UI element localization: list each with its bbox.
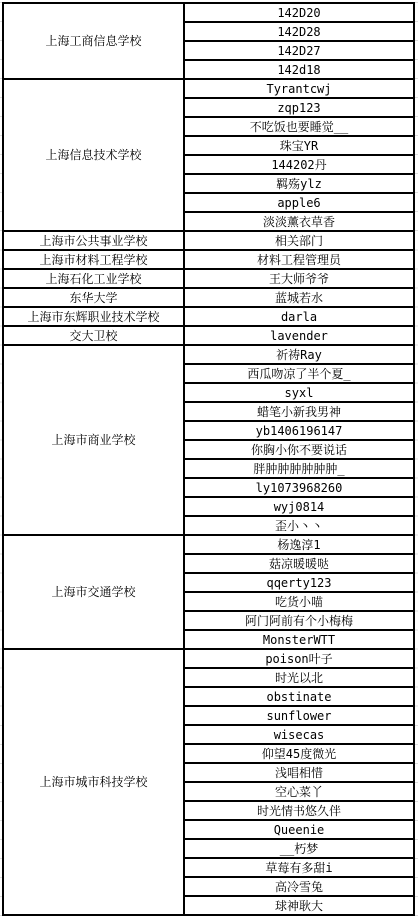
- account-cell[interactable]: Tyrantcwj: [184, 79, 414, 98]
- account-cell[interactable]: 菇凉暖暖哒: [184, 554, 414, 573]
- account-cell[interactable]: 浅唱相惜: [184, 763, 414, 782]
- account-cell[interactable]: 蓝城若水: [184, 288, 414, 307]
- school-cell[interactable]: 交大卫校: [3, 326, 184, 345]
- school-cell[interactable]: 上海市公共事业学校: [3, 231, 184, 250]
- account-cell[interactable]: 142D20: [184, 3, 414, 22]
- account-cell[interactable]: syxl: [184, 383, 414, 402]
- account-cell[interactable]: 142d18: [184, 60, 414, 79]
- school-cell[interactable]: 上海市交通学校: [3, 535, 184, 649]
- table-row: 上海石化工业学校 王大师爷爷: [3, 269, 414, 288]
- table-row: 上海信息技术学校 Tyrantcwj: [3, 79, 414, 98]
- account-cell[interactable]: darla: [184, 307, 414, 326]
- table-row: 上海市东辉职业技术学校 darla: [3, 307, 414, 326]
- school-cell[interactable]: 上海石化工业学校: [3, 269, 184, 288]
- table-row: 上海市商业学校 祈祷Ray: [3, 345, 414, 364]
- account-cell[interactable]: 王大师爷爷: [184, 269, 414, 288]
- table-row: 上海市交通学校 杨逸淳1: [3, 535, 414, 554]
- account-cell[interactable]: wyj0814: [184, 497, 414, 516]
- account-cell[interactable]: qqerty123: [184, 573, 414, 592]
- account-cell[interactable]: 西瓜吻凉了半个夏_: [184, 364, 414, 383]
- school-accounts-table: 上海工商信息学校 142D20 142D28 142D27 142d18 上海信…: [2, 2, 415, 916]
- account-cell[interactable]: 不吃饭也要睡觉__: [184, 117, 414, 136]
- account-cell[interactable]: __朽梦: [184, 839, 414, 858]
- account-cell[interactable]: 阿门阿前有个小梅梅: [184, 611, 414, 630]
- account-cell[interactable]: 仰望45度微光: [184, 744, 414, 763]
- account-cell[interactable]: zqp123: [184, 98, 414, 117]
- spreadsheet-area: 上海工商信息学校 142D20 142D28 142D27 142d18 上海信…: [0, 0, 418, 917]
- account-cell[interactable]: 高冷雪兔: [184, 877, 414, 896]
- school-cell[interactable]: 上海工商信息学校: [3, 3, 184, 79]
- table-row: 上海工商信息学校 142D20: [3, 3, 414, 22]
- account-cell[interactable]: apple6: [184, 193, 414, 212]
- table-row: 交大卫校 lavender: [3, 326, 414, 345]
- school-cell[interactable]: 上海市东辉职业技术学校: [3, 307, 184, 326]
- account-cell[interactable]: obstinate: [184, 687, 414, 706]
- school-cell[interactable]: 上海信息技术学校: [3, 79, 184, 231]
- account-cell[interactable]: 相关部门: [184, 231, 414, 250]
- account-cell[interactable]: 淡淡薰衣草香: [184, 212, 414, 231]
- account-cell[interactable]: 你胸小你不要说话: [184, 440, 414, 459]
- account-cell[interactable]: Queenie: [184, 820, 414, 839]
- school-cell[interactable]: 上海市城市科技学校: [3, 649, 184, 915]
- account-cell[interactable]: 时光情书悠久伴: [184, 801, 414, 820]
- account-cell[interactable]: 珠宝YR: [184, 136, 414, 155]
- account-cell[interactable]: 材料工程管理员: [184, 250, 414, 269]
- account-cell[interactable]: 空心菜丫: [184, 782, 414, 801]
- table-row: 东华大学 蓝城若水: [3, 288, 414, 307]
- account-cell[interactable]: yb1406196147: [184, 421, 414, 440]
- school-cell[interactable]: 东华大学: [3, 288, 184, 307]
- account-cell[interactable]: sunflower: [184, 706, 414, 725]
- account-cell[interactable]: 142D27: [184, 41, 414, 60]
- account-cell[interactable]: MonsterWTT: [184, 630, 414, 649]
- account-cell[interactable]: lavender: [184, 326, 414, 345]
- account-cell[interactable]: 杨逸淳1: [184, 535, 414, 554]
- account-cell[interactable]: poison叶子: [184, 649, 414, 668]
- table-row: 上海市材料工程学校 材料工程管理员: [3, 250, 414, 269]
- account-cell[interactable]: 蜡笔小新我男神: [184, 402, 414, 421]
- account-cell[interactable]: 羁殇ylz: [184, 174, 414, 193]
- table-row: 上海市公共事业学校 相关部门: [3, 231, 414, 250]
- account-cell[interactable]: 胖肿肿肿肿肿肿_: [184, 459, 414, 478]
- school-cell[interactable]: 上海市材料工程学校: [3, 250, 184, 269]
- account-cell[interactable]: 142D28: [184, 22, 414, 41]
- account-cell[interactable]: 144202丹: [184, 155, 414, 174]
- school-cell[interactable]: 上海市商业学校: [3, 345, 184, 535]
- account-cell[interactable]: ly1073968260: [184, 478, 414, 497]
- account-cell[interactable]: 祈祷Ray: [184, 345, 414, 364]
- table-row: 上海市城市科技学校 poison叶子: [3, 649, 414, 668]
- account-cell[interactable]: 时光以北: [184, 668, 414, 687]
- account-cell[interactable]: 歪小丶丶: [184, 516, 414, 535]
- account-cell[interactable]: 球神耿大: [184, 896, 414, 915]
- account-cell[interactable]: 草莓有多甜i: [184, 858, 414, 877]
- account-cell[interactable]: wisecas: [184, 725, 414, 744]
- account-cell[interactable]: 吃货小喵: [184, 592, 414, 611]
